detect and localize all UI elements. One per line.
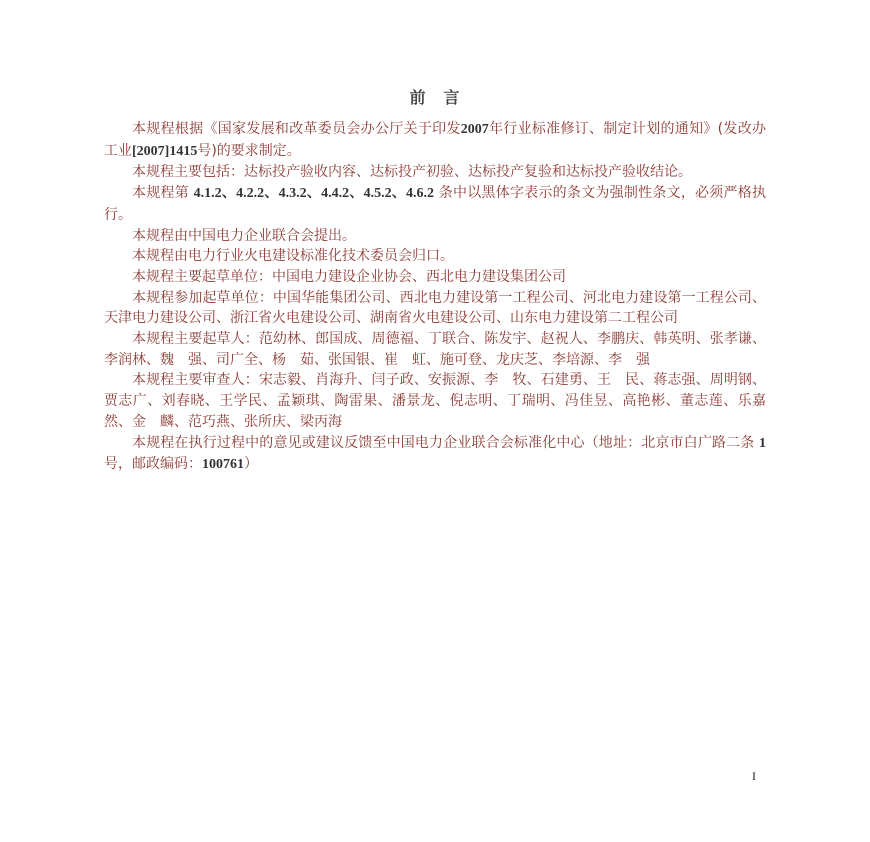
paragraph: 本规程在执行过程中的意见或建议反馈至中国电力企业联合会标准化中心（地址：北京市白… <box>104 433 766 476</box>
text-segment-number: 4.1.2、4.2.2、4.3.2、4.4.2、4.5.2、4.6.2 <box>194 186 434 201</box>
text-segment: 本规程参加起草单位：中国华能集团公司、西北电力建设第一工程公司、河北电力建设第一… <box>104 290 766 327</box>
paragraph: 本规程由中国电力企业联合会提出。 <box>104 226 766 247</box>
text-segment: 本规程第 <box>132 185 194 201</box>
text-segment: 本规程主要审查人：宋志毅、肖海升、闫子政、安振源、李 牧、石建勇、王 民、蒋志强… <box>104 372 766 429</box>
text-segment: 本规程主要起草单位：中国电力建设企业协会、西北电力建设集团公司 <box>132 269 566 285</box>
text-segment: 本规程根据《国家发展和改革委员会办公厅关于印发 <box>132 121 461 137</box>
paragraph: 本规程第 4.1.2、4.2.2、4.3.2、4.4.2、4.5.2、4.6.2… <box>104 183 766 225</box>
text-segment-number: 1 <box>759 436 766 451</box>
text-segment-number: [2007]1415 <box>132 144 197 159</box>
paragraph: 本规程由电力行业火电建设标准化技术委员会归口。 <box>104 246 766 267</box>
document-title: 前 言 <box>0 85 870 108</box>
document-page: 前 言 本规程根据《国家发展和改革委员会办公厅关于印发2007年行业标准修订、制… <box>0 0 870 842</box>
text-segment: 号，邮政编码： <box>104 456 202 472</box>
text-segment: 号)的要求制定。 <box>197 143 300 159</box>
text-segment: ） <box>244 456 258 472</box>
page-number: I <box>752 769 756 784</box>
text-segment: 本规程主要起草人：范幼林、郎国成、周德福、丁联合、陈发宇、赵祝人、李鹏庆、韩英明… <box>104 331 766 368</box>
text-segment: 本规程主要包括：达标投产验收内容、达标投产初验、达标投产复验和达标投产验收结论。 <box>132 164 692 180</box>
document-body: 本规程根据《国家发展和改革委员会办公厅关于印发2007年行业标准修订、制定计划的… <box>104 119 766 476</box>
text-segment: 本规程由中国电力企业联合会提出。 <box>132 228 356 244</box>
text-segment-number: 100761 <box>202 457 244 472</box>
paragraph: 本规程根据《国家发展和改革委员会办公厅关于印发2007年行业标准修订、制定计划的… <box>104 119 766 162</box>
paragraph: 本规程主要起草单位：中国电力建设企业协会、西北电力建设集团公司 <box>104 267 766 288</box>
text-segment: 本规程在执行过程中的意见或建议反馈至中国电力企业联合会标准化中心（地址：北京市白… <box>132 435 759 451</box>
paragraph: 本规程参加起草单位：中国华能集团公司、西北电力建设第一工程公司、河北电力建设第一… <box>104 288 766 329</box>
paragraph: 本规程主要审查人：宋志毅、肖海升、闫子政、安振源、李 牧、石建勇、王 民、蒋志强… <box>104 370 766 432</box>
text-segment: 本规程由电力行业火电建设标准化技术委员会归口。 <box>132 248 454 264</box>
paragraph: 本规程主要起草人：范幼林、郎国成、周德福、丁联合、陈发宇、赵祝人、李鹏庆、韩英明… <box>104 329 766 370</box>
text-segment-number: 2007 <box>461 122 489 137</box>
paragraph: 本规程主要包括：达标投产验收内容、达标投产初验、达标投产复验和达标投产验收结论。 <box>104 162 766 183</box>
